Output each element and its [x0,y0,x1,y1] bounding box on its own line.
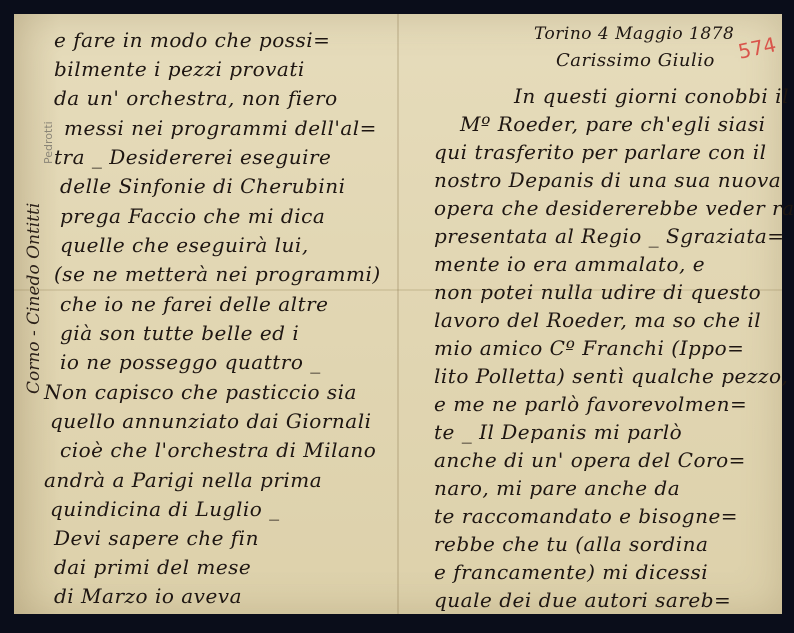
left-line-1: e fare in modo che possi= [54,28,330,52]
right-line-9: lavoro del Roeder, ma so che il [434,308,761,332]
left-line-12: io ne posseggo quattro _ [60,350,321,374]
left-line-4: messi nei programmi dell'al= [64,116,377,140]
letter-sheet: Corno - Cinedo Ontitti Pedrotti 574 e fa… [14,14,782,614]
right-line-19: quale dei due autori sareb= [434,588,731,612]
right-line-4: nostro Depanis di una sua nuova [434,168,781,192]
left-line-14: quello annunziato dai Giornali [50,409,372,433]
right-line-16: te raccomandato e bisogne= [434,504,738,528]
margin-note: Corno - Cinedo Ontitti [24,203,44,394]
right-line-7: mente io era ammalato, e [434,252,705,276]
left-line-8: quelle che eseguirà lui, [60,233,309,257]
right-line-13: te _ Il Depanis mi parlò [434,420,682,444]
center-fold [397,14,399,614]
right-line-5: opera che desidererebbe veder rap= [434,196,794,220]
right-line-11: lito Polletta) sentì qualche pezzo, [434,364,788,388]
salutation: Carissimo Giulio [556,50,715,71]
left-line-20: di Marzo io aveva [54,584,242,608]
right-line-1: In questi giorni conobbi il [514,84,789,108]
right-line-18: e francamente) mi dicessi [434,560,708,584]
left-line-18: Devi sapere che fin [54,526,259,550]
right-line-10: mio amico Cº Franchi (Ippo= [434,336,744,360]
right-line-3: qui trasferito per parlare con il [434,140,767,164]
dateline: Torino 4 Maggio 1878 [534,24,734,44]
right-line-14: anche di un' opera del Coro= [434,448,746,472]
left-line-3: da un' orchestra, non fiero [54,86,338,110]
right-line-6: presentata al Regio _ Sgraziata= [434,224,785,248]
left-line-10: che io ne farei delle altre [60,292,329,316]
right-line-17: rebbe che tu (alla sordina [434,532,708,556]
left-line-11: già son tutte belle ed i [60,321,299,345]
right-line-12: e me ne parlò favorevolmen= [434,392,747,416]
left-line-15: cioè che l'orchestra di Milano [60,438,376,462]
left-line-19: dai primi del mese [54,555,251,579]
left-line-6: delle Sinfonie di Cherubini [60,174,346,198]
left-line-17: quindicina di Luglio _ [50,497,280,521]
right-line-2: Mº Roeder, pare ch'egli siasi [460,112,766,136]
left-line-2: bilmente i pezzi provati [54,57,305,81]
right-line-8: non potei nulla udire di questo [434,280,761,304]
right-line-15: naro, mi pare anche da [434,476,680,500]
left-line-13: Non capisco che pasticcio sia [44,380,357,404]
left-line-16: andrà a Parigi nella prima [44,468,322,492]
left-line-7: prega Faccio che mi dica [60,204,325,228]
left-line-5: tra _ Desidererei eseguire [54,145,331,169]
left-line-9: (se ne metterà nei programmi) [54,262,381,286]
